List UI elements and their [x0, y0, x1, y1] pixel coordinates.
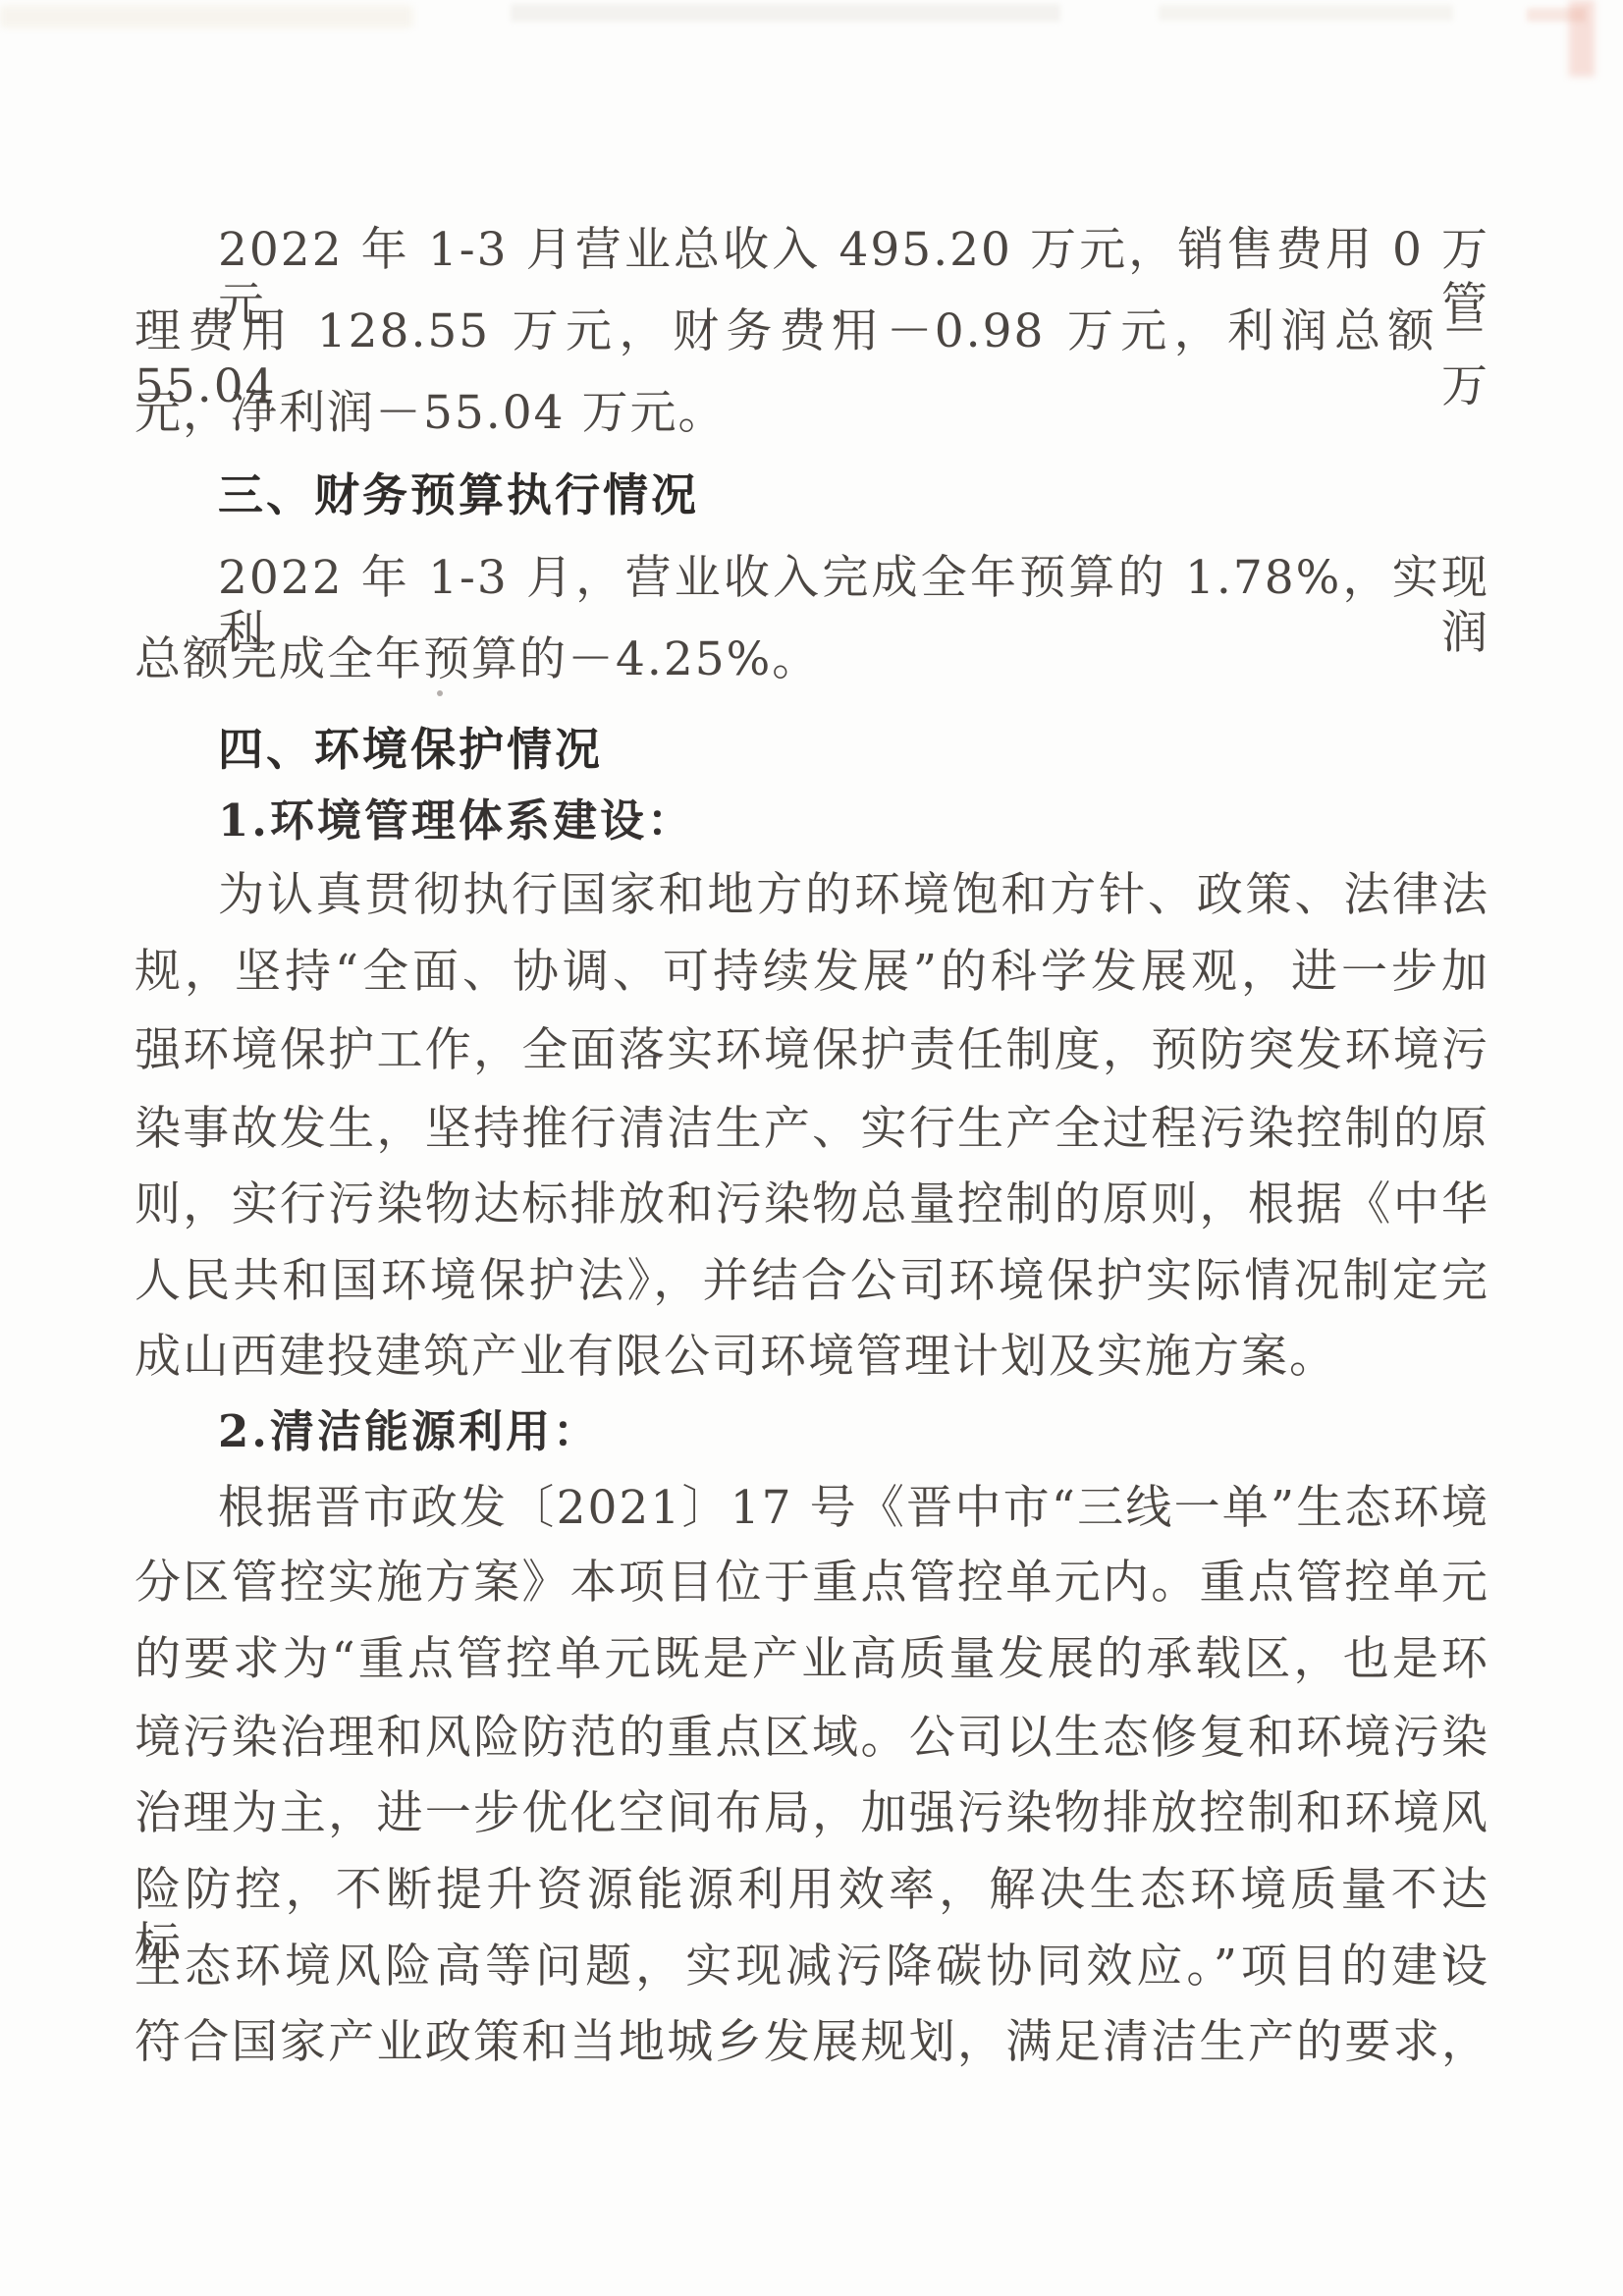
paragraph-line: 治理为主，进一步优化空间布局，加强污染物排放控制和环境风 [135, 1786, 1489, 1841]
paragraph-line: 为认真贯彻执行国家和地方的环境饱和方针、政策、法律法 [218, 868, 1489, 923]
paragraph-line: 生态环境风险高等问题，实现减污降碳协同效应。”项目的建设 [135, 1940, 1489, 1995]
paragraph-line: 理费用 128.55 万元，财务费用－0.98 万元，利润总额－55.04 万 [135, 304, 1489, 359]
paragraph-line: 人民共和国环境保护法》，并结合公司环境保护实际情况制定完 [135, 1254, 1489, 1309]
paragraph-line: 根据晋市政发〔2021〕17 号《晋中市“三线一单”生态环境 [218, 1481, 1489, 1536]
scan-speck [437, 690, 443, 696]
paragraph-line: 规，坚持“全面、协调、可持续发展”的科学发展观，进一步加 [135, 945, 1489, 1000]
paragraph-line: 强环境保护工作，全面落实环境保护责任制度，预防突发环境污 [135, 1023, 1489, 1078]
paragraph-line: 则，实行污染物达标排放和污染物总量控制的原则，根据《中华 [135, 1177, 1489, 1232]
document-page: 2022 年 1-3 月营业总收入 495.20 万元，销售费用 0 万元，管 … [0, 0, 1623, 2296]
scan-stamp-smudge [1569, 0, 1595, 77]
subsection-heading-2: 2.清洁能源利用： [218, 1404, 1489, 1459]
paragraph-line: 2022 年 1-3 月营业总收入 495.20 万元，销售费用 0 万元，管 [218, 223, 1489, 278]
scan-stamp-smudge [1527, 8, 1586, 22]
paragraph-line: 成山西建投建筑产业有限公司环境管理计划及实施方案。 [135, 1330, 1489, 1385]
paragraph-line: 的要求为“重点管控单元既是产业高质量发展的承载区，也是环 [135, 1632, 1489, 1687]
scan-artifact [0, 6, 412, 27]
paragraph-line: 2022 年 1-3 月，营业收入完成全年预算的 1.78%，实现利润 [218, 551, 1489, 606]
paragraph-line: 险防控，不断提升资源能源利用效率，解决生态环境质量不达标、 [135, 1863, 1489, 1918]
paragraph-line: 符合国家产业政策和当地城乡发展规划，满足清洁生产的要求， [135, 2015, 1489, 2070]
section-heading-3: 三、财务预算执行情况 [218, 467, 1489, 522]
section-heading-4: 四、环境保护情况 [218, 722, 1489, 777]
paragraph-line: 总额完成全年预算的－4.25%。 [135, 632, 1489, 687]
scan-artifact [511, 4, 1060, 22]
paragraph-line: 染事故发生，坚持推行清洁生产、实行生产全过程污染控制的原 [135, 1102, 1489, 1157]
subsection-heading-1: 1.环境管理体系建设： [218, 793, 1489, 848]
paragraph-line: 境污染治理和风险防范的重点区域。公司以生态修复和环境污染 [135, 1711, 1489, 1766]
paragraph-line: 元，净利润－55.04 万元。 [135, 386, 1489, 441]
scan-artifact [1159, 5, 1453, 21]
paragraph-line: 分区管控实施方案》本项目位于重点管控单元内。重点管控单元 [135, 1556, 1489, 1611]
